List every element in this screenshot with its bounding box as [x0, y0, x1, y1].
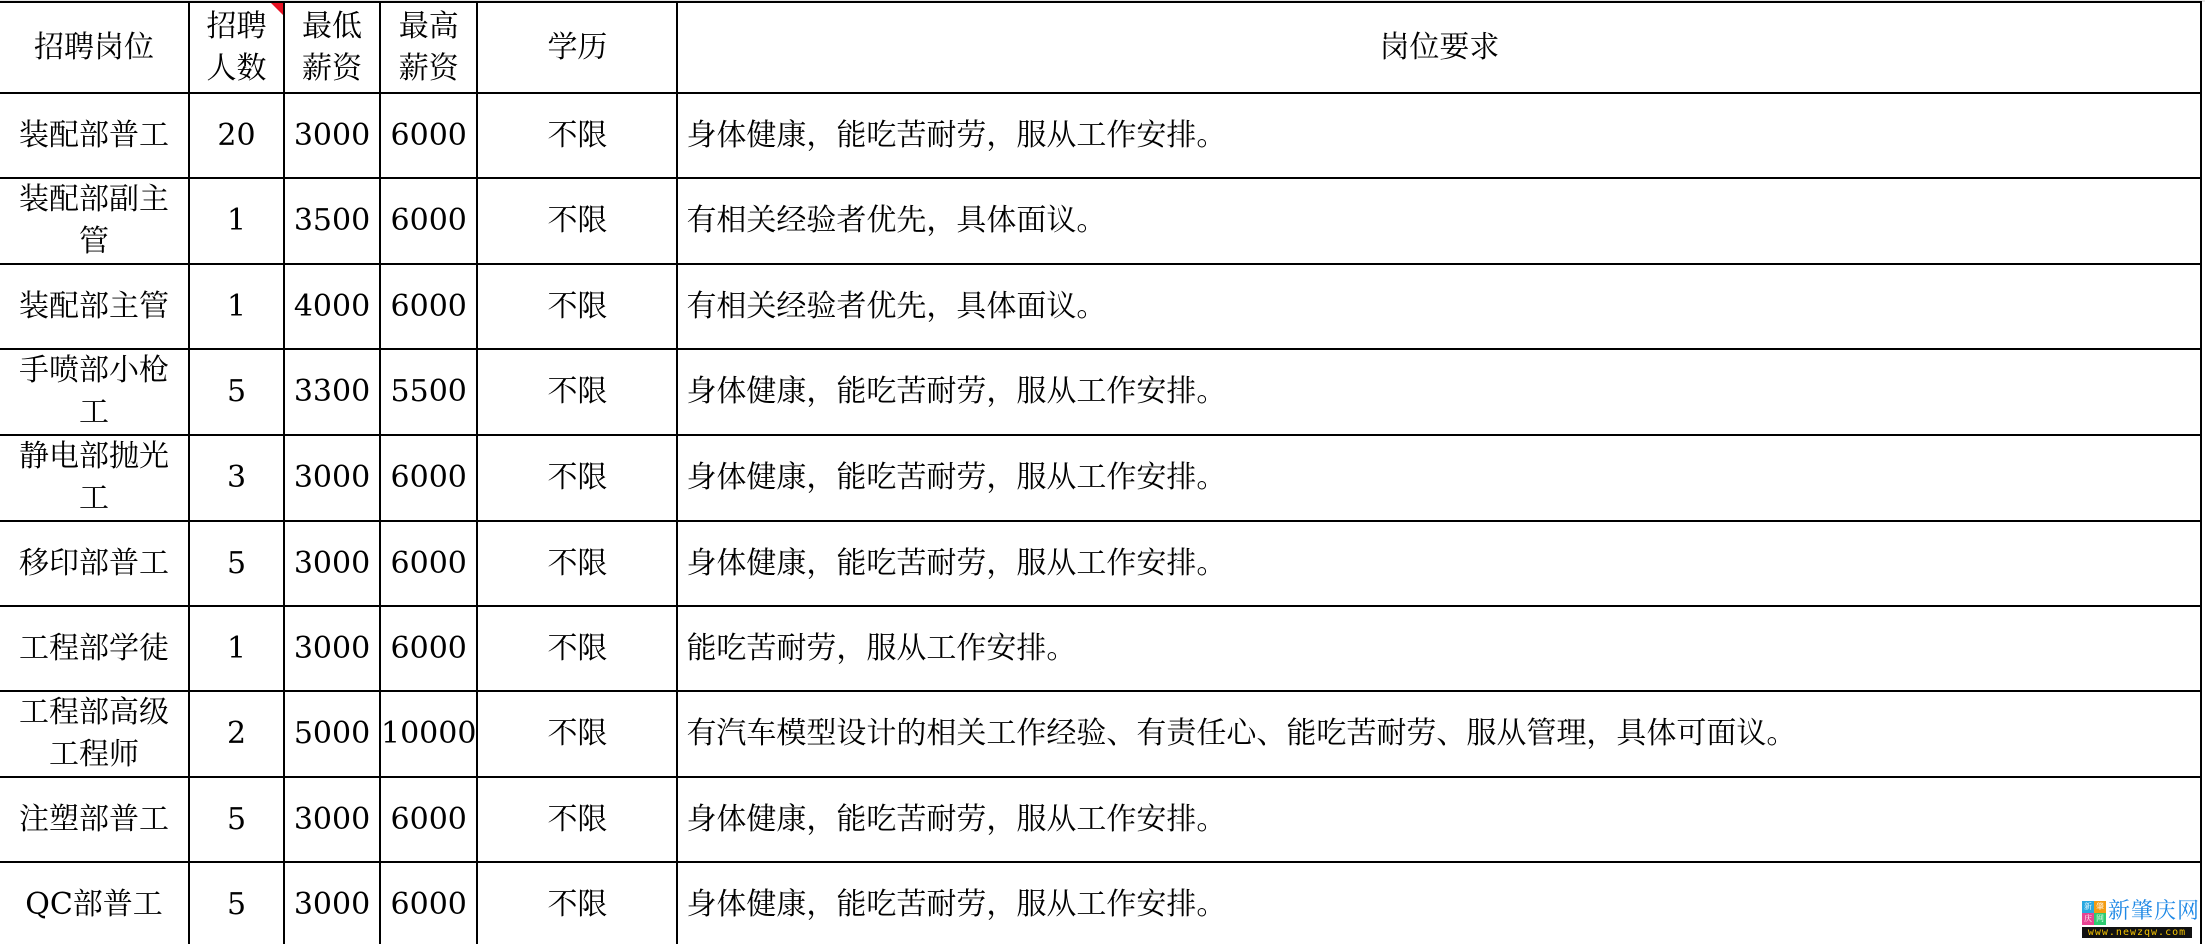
cell-max-salary[interactable]: 6000	[380, 435, 477, 521]
cell-requirement[interactable]: 身体健康，能吃苦耐劳，服从工作安排。	[677, 93, 2201, 178]
cell-position[interactable]: 工程部高级工程师	[0, 691, 189, 777]
recruitment-table: 招聘岗位 招聘 人数 最低 薪资 最高 薪资 学历 岗位要求 装配部普工 20 …	[0, 1, 2202, 944]
cell-education[interactable]: 不限	[477, 349, 677, 435]
cell-position[interactable]: 装配部副主管	[0, 178, 189, 264]
cell-count[interactable]: 1	[189, 264, 284, 349]
cell-position[interactable]: 装配部普工	[0, 93, 189, 178]
cell-education[interactable]: 不限	[477, 178, 677, 264]
cell-education[interactable]: 不限	[477, 93, 677, 178]
header-requirement-label: 岗位要求	[1379, 30, 1499, 65]
header-position[interactable]: 招聘岗位	[0, 2, 189, 93]
watermark-url: www.newzqw.com	[2082, 927, 2192, 938]
cell-position[interactable]: 装配部主管	[0, 264, 189, 349]
cell-requirement[interactable]: 身体健康，能吃苦耐劳，服从工作安排。	[677, 862, 2201, 944]
cell-requirement[interactable]: 身体健康，能吃苦耐劳，服从工作安排。	[677, 777, 2201, 862]
cell-max-salary[interactable]: 6000	[380, 606, 477, 691]
comment-indicator-icon[interactable]	[271, 3, 283, 15]
cell-min-salary[interactable]: 3300	[284, 349, 380, 435]
cell-min-salary[interactable]: 3000	[284, 521, 380, 606]
cell-max-salary[interactable]: 6000	[380, 862, 477, 944]
table-row: 装配部主管 1 4000 6000 不限 有相关经验者优先，具体面议。	[0, 264, 2201, 349]
table-row: 装配部副主管 1 3500 6000 不限 有相关经验者优先，具体面议。	[0, 178, 2201, 264]
cell-education[interactable]: 不限	[477, 777, 677, 862]
table-row: 移印部普工 5 3000 6000 不限 身体健康，能吃苦耐劳，服从工作安排。	[0, 521, 2201, 606]
cell-education[interactable]: 不限	[477, 435, 677, 521]
cell-max-salary[interactable]: 6000	[380, 264, 477, 349]
cell-position[interactable]: 移印部普工	[0, 521, 189, 606]
cell-max-salary[interactable]: 6000	[380, 93, 477, 178]
cell-education[interactable]: 不限	[477, 521, 677, 606]
watermark-grid-char: 肇	[2094, 901, 2106, 913]
cell-count[interactable]: 5	[189, 521, 284, 606]
header-min-salary-line1: 最低	[302, 9, 362, 44]
cell-requirement[interactable]: 有相关经验者优先，具体面议。	[677, 178, 2201, 264]
cell-requirement[interactable]: 有相关经验者优先，具体面议。	[677, 264, 2201, 349]
header-position-label: 招聘岗位	[34, 30, 154, 65]
cell-requirement[interactable]: 身体健康，能吃苦耐劳，服从工作安排。	[677, 435, 2201, 521]
table-row: 手喷部小枪工 5 3300 5500 不限 身体健康，能吃苦耐劳，服从工作安排。	[0, 349, 2201, 435]
cell-count[interactable]: 20	[189, 93, 284, 178]
watermark-grid-char: 新	[2082, 901, 2094, 913]
header-requirement[interactable]: 岗位要求	[677, 2, 2201, 93]
cell-requirement[interactable]: 身体健康，能吃苦耐劳，服从工作安排。	[677, 521, 2201, 606]
table-row: 工程部高级工程师 2 5000 10000 不限 有汽车模型设计的相关工作经验、…	[0, 691, 2201, 777]
cell-count[interactable]: 5	[189, 349, 284, 435]
watermark-grid-icon: 新 肇 庆 网	[2082, 901, 2106, 925]
header-min-salary-line2: 薪资	[302, 51, 362, 86]
cell-education[interactable]: 不限	[477, 862, 677, 944]
watermark-grid-char: 网	[2094, 913, 2106, 925]
cell-min-salary[interactable]: 3000	[284, 777, 380, 862]
cell-max-salary[interactable]: 5500	[380, 349, 477, 435]
table-row: 工程部学徒 1 3000 6000 不限 能吃苦耐劳，服从工作安排。	[0, 606, 2201, 691]
cell-education[interactable]: 不限	[477, 691, 677, 777]
header-education[interactable]: 学历	[477, 2, 677, 93]
cell-count[interactable]: 5	[189, 862, 284, 944]
table-row: 静电部抛光工 3 3000 6000 不限 身体健康，能吃苦耐劳，服从工作安排。	[0, 435, 2201, 521]
cell-education[interactable]: 不限	[477, 606, 677, 691]
header-min-salary[interactable]: 最低 薪资	[284, 2, 380, 93]
cell-min-salary[interactable]: 3000	[284, 606, 380, 691]
cell-max-salary[interactable]: 10000	[380, 691, 477, 777]
header-count-line2: 人数	[207, 51, 267, 86]
cell-max-salary[interactable]: 6000	[380, 777, 477, 862]
header-max-salary-line1: 最高	[399, 9, 459, 44]
cell-max-salary[interactable]: 6000	[380, 521, 477, 606]
watermark-title: 新肇庆网	[2108, 899, 2200, 925]
cell-requirement[interactable]: 能吃苦耐劳，服从工作安排。	[677, 606, 2201, 691]
cell-min-salary[interactable]: 3500	[284, 178, 380, 264]
header-max-salary[interactable]: 最高 薪资	[380, 2, 477, 93]
table-row: 注塑部普工 5 3000 6000 不限 身体健康，能吃苦耐劳，服从工作安排。	[0, 777, 2201, 862]
cell-position[interactable]: 注塑部普工	[0, 777, 189, 862]
cell-max-salary[interactable]: 6000	[380, 178, 477, 264]
header-count-line1: 招聘	[207, 9, 267, 44]
cell-education[interactable]: 不限	[477, 264, 677, 349]
cell-position[interactable]: 静电部抛光工	[0, 435, 189, 521]
cell-min-salary[interactable]: 3000	[284, 435, 380, 521]
cell-min-salary[interactable]: 4000	[284, 264, 380, 349]
header-count[interactable]: 招聘 人数	[189, 2, 284, 93]
cell-position[interactable]: 手喷部小枪工	[0, 349, 189, 435]
cell-count[interactable]: 2	[189, 691, 284, 777]
cell-min-salary[interactable]: 3000	[284, 93, 380, 178]
cell-position[interactable]: 工程部学徒	[0, 606, 189, 691]
cell-min-salary[interactable]: 3000	[284, 862, 380, 944]
cell-count[interactable]: 3	[189, 435, 284, 521]
cell-requirement[interactable]: 有汽车模型设计的相关工作经验、有责任心、能吃苦耐劳、服从管理，具体可面议。	[677, 691, 2201, 777]
cell-count[interactable]: 1	[189, 178, 284, 264]
cell-requirement[interactable]: 身体健康，能吃苦耐劳，服从工作安排。	[677, 349, 2201, 435]
header-row: 招聘岗位 招聘 人数 最低 薪资 最高 薪资 学历 岗位要求	[0, 2, 2201, 93]
cell-count[interactable]: 1	[189, 606, 284, 691]
table-row: 装配部普工 20 3000 6000 不限 身体健康，能吃苦耐劳，服从工作安排。	[0, 93, 2201, 178]
watermark-grid-char: 庆	[2082, 913, 2094, 925]
header-max-salary-line2: 薪资	[399, 51, 459, 86]
cell-position[interactable]: QC部普工	[0, 862, 189, 944]
watermark-logo: 新 肇 庆 网 新肇庆网 www.newzqw.com	[2082, 901, 2192, 939]
cell-min-salary[interactable]: 5000	[284, 691, 380, 777]
cell-count[interactable]: 5	[189, 777, 284, 862]
table-row: QC部普工 5 3000 6000 不限 身体健康，能吃苦耐劳，服从工作安排。	[0, 862, 2201, 944]
header-education-label: 学历	[547, 30, 607, 65]
